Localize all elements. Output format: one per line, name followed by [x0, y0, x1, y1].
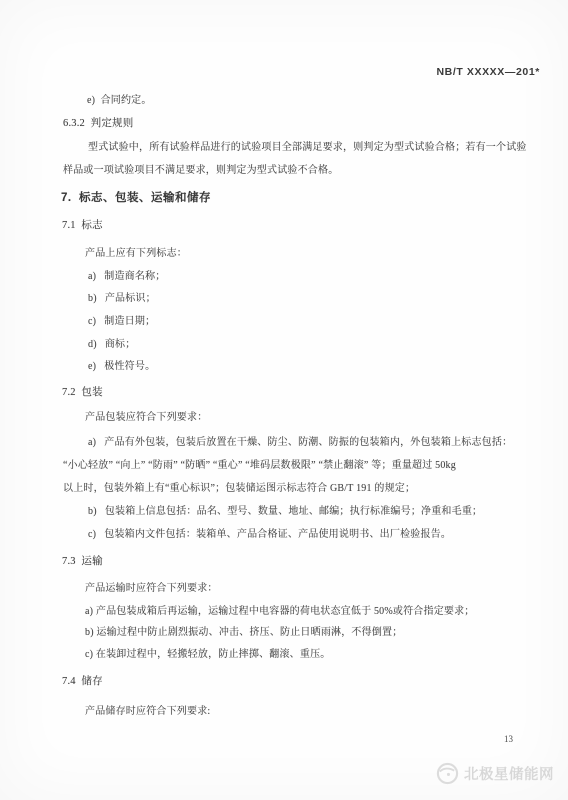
paragraph-72-intro: 产品包装应符合下列要求：	[85, 411, 207, 424]
list-item-71-a: a) 制造商名称；	[88, 270, 165, 283]
document-page: NB/T XXXXX—201* e) 合同约定。 6.3.2 判定规则 型式试验…	[0, 0, 568, 800]
heading-7-4: 7.4 储存	[62, 675, 103, 688]
heading-6-3-2: 6.3.2 判定规则	[63, 117, 133, 130]
paragraph-71-intro: 产品上应有下列标志：	[85, 247, 187, 260]
list-item-72-a-line2: “小心轻放” “向上” “防雨” “防晒” “重心” “堆码层数极限” “禁止翻…	[63, 459, 456, 472]
list-item-72-b: b) 包装箱上信息包括：品名、型号、数量、地址、邮编；执行标准编号；净重和毛重；	[88, 505, 482, 518]
list-item-73-c: c) 在装卸过程中，轻搬轻放，防止摔掷、翻滚、重压。	[85, 648, 330, 661]
list-item-71-e: e) 极性符号。	[88, 360, 155, 373]
watermark: 北极星储能网	[436, 762, 554, 785]
list-item-71-d: d) 商标；	[88, 338, 135, 351]
list-item-71-c: c) 制造日期；	[88, 315, 155, 328]
list-item-72-c: c) 包装箱内文件包括：装箱单、产品合格证、产品使用说明书、出厂检验报告。	[88, 528, 451, 541]
paragraph-74-intro: 产品储存时应符合下列要求:	[85, 705, 210, 718]
watermark-site-name: 北极星储能网	[464, 763, 554, 784]
heading-7-2: 7.2 包装	[62, 386, 103, 399]
heading-7: 7. 标志、包装、运输和储存	[61, 192, 211, 205]
page-number: 13	[504, 734, 513, 744]
list-item-72-a-line3: 以上时，包装外箱上有“重心标识”；包装储运图示标志符合 GB/T 191 的规定…	[63, 482, 415, 495]
paragraph-632-line2: 样品或一项试验项目不满足要求，则判定为型式试验不合格。	[63, 164, 338, 177]
paragraph-632-line1: 型式试验中，所有试验样品进行的试验项目全部满足要求，则判定为型式试验合格；若有一…	[88, 141, 527, 154]
heading-7-1: 7.1 标志	[62, 219, 103, 232]
heading-7-3: 7.3 运输	[62, 555, 103, 568]
paragraph-73-intro: 产品运输时应符合下列要求：	[85, 582, 218, 595]
watermark-logo-icon	[436, 762, 459, 785]
doc-number: NB/T XXXXX—201*	[436, 66, 540, 78]
list-item-72-a-line1: a) 产品有外包装，包装后放置在干燥、防尘、防潮、防振的包装箱内，外包装箱上标志…	[88, 436, 512, 449]
list-item-73-a: a) 产品包装成箱后再运输，运输过程中电容器的荷电状态宜低于 50%或符合指定要…	[85, 605, 475, 618]
list-item-71-b: b) 产品标识；	[88, 292, 156, 305]
list-item-73-b: b) 运输过程中防止剧烈振动、冲击、挤压、防止日晒雨淋，不得倒置；	[85, 626, 402, 639]
list-item-e-contract: e) 合同约定。	[87, 94, 152, 107]
